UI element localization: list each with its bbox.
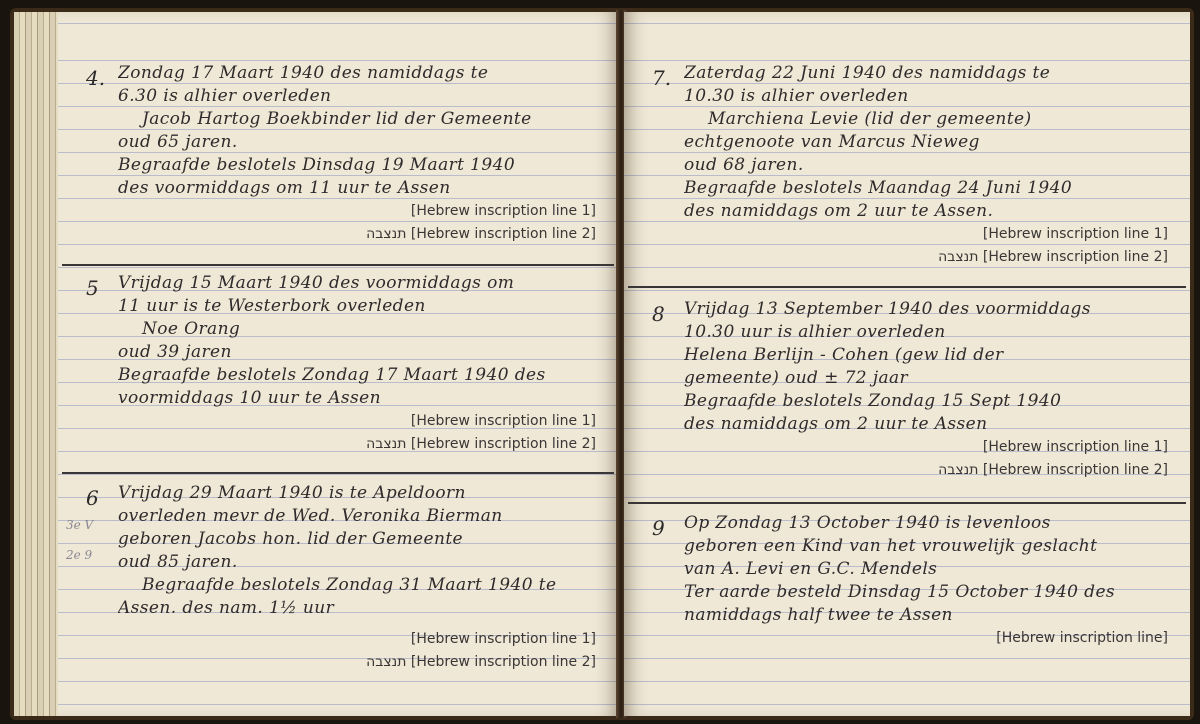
hebrew-inscription: [Hebrew inscription line] (684, 627, 1176, 650)
hebrew-inscription: [Hebrew inscription line 1] (118, 628, 604, 651)
entry-line: 6.30 is alhier overleden (118, 85, 604, 108)
hebrew-inscription: [Hebrew inscription line 2] תנצבה (118, 651, 604, 674)
hebrew-inscription: [Hebrew inscription line 2] תנצבה (118, 433, 604, 456)
hebrew-inscription: [Hebrew inscription line 1] (118, 200, 604, 223)
deceased-name: Noe Orang (118, 318, 604, 341)
entry-line: oud 85 jaren. (118, 551, 604, 574)
entry-line: van A. Levi en G.C. Mendels (684, 558, 1176, 581)
entry-number: 8 (652, 302, 665, 326)
margin-note: 3e V (66, 518, 93, 532)
entry-line: Begraafde beslotels Zondag 31 Maart 1940… (118, 574, 604, 597)
entry-line: oud 68 jaren. (684, 154, 1176, 177)
entry-number: 9 (652, 516, 665, 540)
entry-line: geboren Jacobs hon. lid der Gemeente (118, 528, 604, 551)
entry-line: 11 uur is te Westerbork overleden (118, 295, 604, 318)
entry-line: oud 39 jaren (118, 341, 604, 364)
entry-line: namiddags half twee te Assen (684, 604, 1176, 627)
entry-line: 10.30 uur is alhier overleden (684, 321, 1176, 344)
entry-divider (62, 472, 614, 474)
entry-line: Vrijdag 15 Maart 1940 des voormiddags om (118, 272, 604, 295)
hebrew-inscription: [Hebrew inscription line 1] (684, 436, 1176, 459)
entry-line: Assen. des nam. 1½ uur (118, 597, 604, 620)
entry-number: 4. (86, 66, 105, 90)
entry-divider (628, 286, 1186, 288)
entry-line: Begraafde beslotels Maandag 24 Juni 1940 (684, 177, 1176, 200)
hebrew-inscription: [Hebrew inscription line 1] (684, 223, 1176, 246)
entry-line: oud 65 jaren. (118, 131, 604, 154)
deceased-name: Jacob Hartog Boekbinder lid der Gemeente (118, 108, 604, 131)
entry-divider (628, 502, 1186, 504)
entry-divider (62, 264, 614, 266)
entry-line: 10.30 is alhier overleden (684, 85, 1176, 108)
entry-line: Op Zondag 13 October 1940 is levenloos (684, 512, 1176, 535)
entry-line: Zaterdag 22 Juni 1940 des namiddags te (684, 62, 1176, 85)
entry-line: des namiddags om 2 uur te Assen. (684, 200, 1176, 223)
entry-line: des namiddags om 2 uur te Assen (684, 413, 1176, 436)
entry-line: Ter aarde besteld Dinsdag 15 October 194… (684, 581, 1176, 604)
entry-line: Begraafde beslotels Zondag 15 Sept 1940 (684, 390, 1176, 413)
left-page: 4. Zondag 17 Maart 1940 des namiddags te… (58, 12, 618, 716)
hebrew-inscription: [Hebrew inscription line 1] (118, 410, 604, 433)
entry-number: 7. (652, 66, 671, 90)
entry-number: 5 (86, 276, 99, 300)
hebrew-inscription: [Hebrew inscription line 2] תנצבה (684, 459, 1176, 482)
hebrew-inscription: [Hebrew inscription line 2] תנצבה (684, 246, 1176, 269)
entry-line: Zondag 17 Maart 1940 des namiddags te (118, 62, 604, 85)
entry-line: Begraafde beslotels Zondag 17 Maart 1940… (118, 364, 604, 387)
entry-line: Vrijdag 29 Maart 1940 is te Apeldoorn (118, 482, 604, 505)
entry-line: echtgenoote van Marcus Nieweg (684, 131, 1176, 154)
margin-note: 2e 9 (66, 548, 92, 562)
entry-line: des voormiddags om 11 uur te Assen (118, 177, 604, 200)
entry-line: voormiddags 10 uur te Assen (118, 387, 604, 410)
entry-line: Begraafde beslotels Dinsdag 19 Maart 194… (118, 154, 604, 177)
entry-line: gemeente) oud ± 72 jaar (684, 367, 1176, 390)
entry-number: 6 (86, 486, 99, 510)
page-edges (14, 12, 62, 716)
deceased-name: Marchiena Levie (lid der gemeente) (684, 108, 1176, 131)
entry-line: Vrijdag 13 September 1940 des voormiddag… (684, 298, 1176, 321)
entry-line: geboren een Kind van het vrouwelijk gesl… (684, 535, 1176, 558)
hebrew-inscription: [Hebrew inscription line 2] תנצבה (118, 223, 604, 246)
right-page: 7. Zaterdag 22 Juni 1940 des namiddags t… (624, 12, 1190, 716)
deceased-name: Helena Berlijn - Cohen (gew lid der (684, 344, 1176, 367)
entry-line: overleden mevr de Wed. Veronika Bierman (118, 505, 604, 528)
